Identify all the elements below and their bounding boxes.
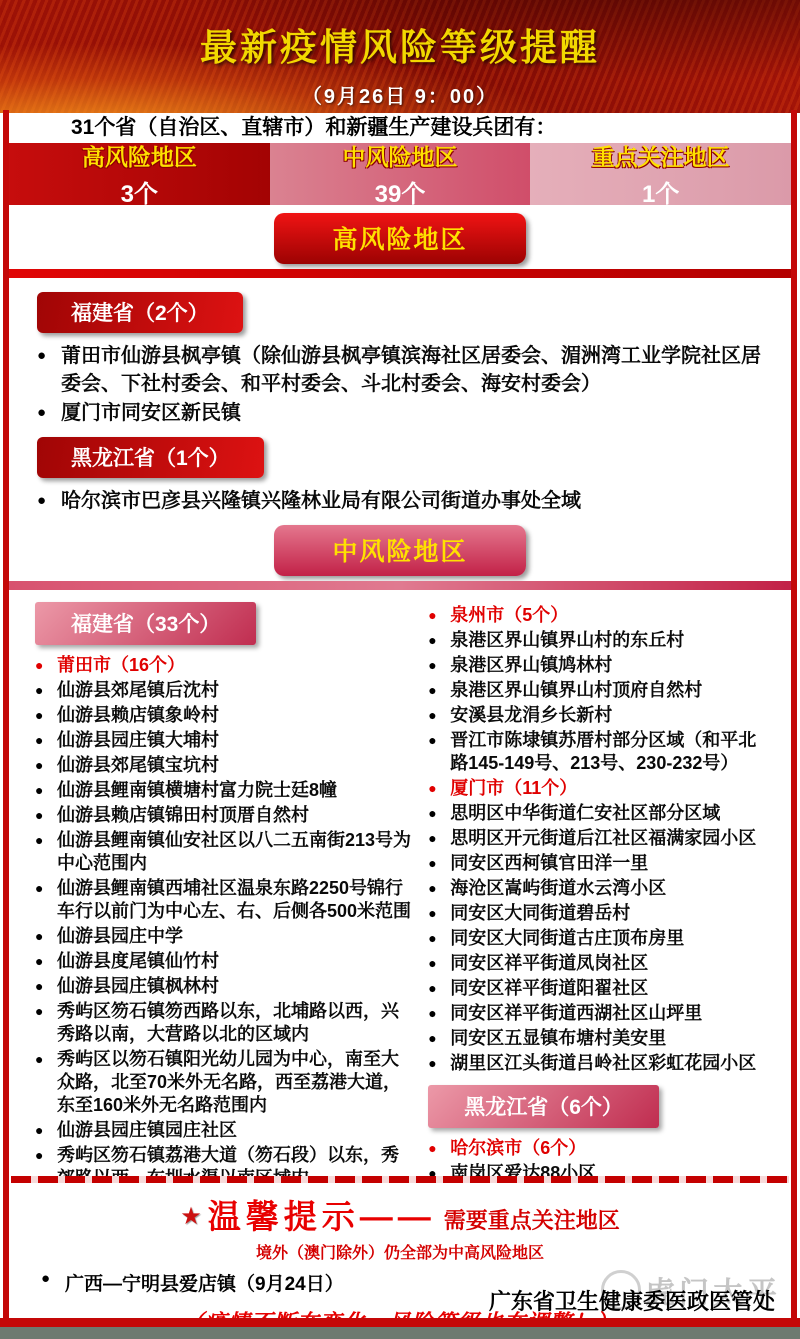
list-item-text: 仙游县郊尾镇后沈村 xyxy=(57,680,219,700)
list-item: ●仙游县园庄镇枫林村 xyxy=(35,975,412,998)
list-item: ●同安区祥平街道西湖社区山坪里 xyxy=(428,1002,765,1025)
list-item: ●仙游县赖店镇锦田村顶厝自然村 xyxy=(35,804,412,827)
bullet-icon: ● xyxy=(35,654,43,677)
high-risk-body: 福建省（2个） ●莆田市仙游县枫亭镇（除仙游县枫亭镇滨海社区居委会、湄洲湾工业学… xyxy=(9,278,791,515)
bullet-icon: ● xyxy=(35,1048,43,1071)
list-item: ●泉港区界山镇界山村的东丘村 xyxy=(428,629,765,652)
list-item-text: 南岗区爱达88小区 xyxy=(450,1163,596,1176)
list-item: ●仙游县园庄中学 xyxy=(35,925,412,948)
list-item: ●秀屿区笏石镇笏西路以东，北埔路以西，兴秀路以南，大营路以北的区域内 xyxy=(35,1000,412,1046)
list-item-text: 仙游县鲤南镇西埔社区温泉东路2250号锦行车行以前门为中心左、右、后侧各500米… xyxy=(57,878,411,921)
medium-risk-columns: 福建省（33个） ●莆田市（16个）●仙游县郊尾镇后沈村●仙游县赖店镇象岭村●仙… xyxy=(9,590,791,1176)
list-item: ●仙游县鲤南镇西埔社区温泉东路2250号锦行车行以前门为中心左、右、后侧各500… xyxy=(35,877,412,923)
list-item: ●海沧区嵩屿街道水云湾小区 xyxy=(428,877,765,900)
list-item-text: 厦门市（11个） xyxy=(450,778,577,798)
list-item-text: 同安区五显镇布塘村美安里 xyxy=(450,1028,666,1048)
list-item: ●湖里区江头街道吕岭社区彩虹花园小区 xyxy=(428,1052,765,1075)
medium-risk-list-fujian-right: ●泉州市（5个）●泉港区界山镇界山村的东丘村●泉港区界山镇鸠林村●泉港区界山镇界… xyxy=(428,604,765,1075)
list-item-text: 仙游县园庄镇园庄社区 xyxy=(57,1120,237,1140)
bullet-icon: ● xyxy=(428,654,436,677)
list-item: ●泉港区界山镇界山村顶府自然村 xyxy=(428,679,765,702)
high-risk-section-title: 高风险地区 xyxy=(274,213,526,264)
bullet-icon: ● xyxy=(35,729,43,752)
list-item: ●同安区五显镇布塘村美安里 xyxy=(428,1027,765,1050)
list-item: ●晋江市陈埭镇苏厝村部分区域（和平北路145-149号、213号、230-232… xyxy=(428,729,765,775)
list-item-text: 仙游县郊尾镇宝坑村 xyxy=(57,755,219,775)
report-datetime: （9月26日 9：00） xyxy=(0,80,800,109)
list-item: ●泉州市（5个） xyxy=(428,604,765,627)
bullet-icon: ● xyxy=(428,927,436,950)
risk-stats-band: 高风险地区 3个 中风险地区 39个 重点关注地区 1个 xyxy=(9,143,791,205)
bullet-icon: ● xyxy=(428,777,436,800)
province-badge-heilongjiang-medium: 黑龙江省（6个） xyxy=(428,1085,659,1128)
list-item-text: 仙游县鲤南镇横塘村富力院士廷8幢 xyxy=(57,780,337,800)
list-item-text: 同安区西柯镇官田洋一里 xyxy=(450,853,648,873)
list-item-text: 仙游县园庄镇大埔村 xyxy=(57,730,219,750)
list-item: ●仙游县鲤南镇横塘村富力院士廷8幢 xyxy=(35,779,412,802)
list-item: ●仙游县郊尾镇后沈村 xyxy=(35,679,412,702)
list-item: ●安溪县龙涓乡长新村 xyxy=(428,704,765,727)
list-item: ●同安区大同街道古庄顶布房里 xyxy=(428,927,765,950)
bullet-icon: ● xyxy=(35,950,43,973)
list-item: ●同安区西柯镇官田洋一里 xyxy=(428,852,765,875)
bullet-icon: ● xyxy=(428,1052,436,1075)
list-item-text: 同安区祥平街道阳翟社区 xyxy=(450,978,648,998)
bullet-icon: ● xyxy=(428,1027,436,1050)
poster-page: 最新疫情风险等级提醒 （9月26日 9：00） 31个省（自治区、直辖市）和新疆… xyxy=(0,0,800,1339)
bottom-gray-strip xyxy=(0,1327,800,1339)
bullet-icon: ● xyxy=(35,1144,43,1167)
list-item-text: 莆田市（16个） xyxy=(57,655,185,675)
bullet-icon: ● xyxy=(428,802,436,825)
notice-overseas-line: 境外（澳门除外）仍全部为中高风险地区 xyxy=(9,1240,791,1263)
bullet-icon: ● xyxy=(41,1270,50,1287)
list-item: ●哈尔滨市巴彦县兴隆镇兴隆林业局有限公司街道办事处全域 xyxy=(37,487,763,515)
list-item: ●仙游县园庄镇大埔村 xyxy=(35,729,412,752)
list-item-text: 仙游县园庄镇枫林村 xyxy=(57,976,219,996)
bullet-icon: ● xyxy=(428,827,436,850)
list-item-text: 泉港区界山镇界山村的东丘村 xyxy=(450,630,684,650)
bullet-icon: ● xyxy=(37,342,46,370)
stat-medium-risk: 中风险地区 39个 xyxy=(270,143,531,205)
list-item: ●莆田市仙游县枫亭镇（除仙游县枫亭镇滨海社区居委会、湄洲湾工业学院社区居委会、下… xyxy=(37,342,763,398)
bullet-icon: ● xyxy=(428,679,436,702)
bullet-icon: ● xyxy=(428,902,436,925)
list-item-text: 秀屿区笏石镇笏西路以东，北埔路以西，兴秀路以南，大营路以北的区域内 xyxy=(57,1001,399,1044)
bullet-icon: ● xyxy=(35,1000,43,1023)
medium-risk-divider-bar xyxy=(9,581,791,590)
list-item: ●仙游县郊尾镇宝坑村 xyxy=(35,754,412,777)
high-risk-list-fujian: ●莆田市仙游县枫亭镇（除仙游县枫亭镇滨海社区居委会、湄洲湾工业学院社区居委会、下… xyxy=(37,342,763,427)
list-item-text: 晋江市陈埭镇苏厝村部分区域（和平北路145-149号、213号、230-232号… xyxy=(450,730,756,773)
list-item-text: 同安区祥平街道西湖社区山坪里 xyxy=(450,1003,702,1023)
province-badge-fujian-high: 福建省（2个） xyxy=(37,292,243,333)
stat-focus-area-label: 重点关注地区 xyxy=(592,139,730,172)
list-item-text: 秀屿区以笏石镇阳光幼儿园为中心，南至大众路，北至70米外无名路，西至荔港大道，东… xyxy=(57,1049,401,1115)
stat-high-risk-label: 高风险地区 xyxy=(82,139,197,172)
list-item-text: 哈尔滨市巴彦县兴隆镇兴隆林业局有限公司街道办事处全域 xyxy=(61,490,581,512)
list-item-text: 泉州市（5个） xyxy=(450,605,568,625)
bullet-icon: ● xyxy=(428,1002,436,1025)
list-item-text: 仙游县赖店镇象岭村 xyxy=(57,705,219,725)
bullet-icon: ● xyxy=(37,487,46,515)
stat-high-risk-count: 3个 xyxy=(121,174,158,209)
bullet-icon: ● xyxy=(428,952,436,975)
list-item: ●仙游县鲤南镇仙安社区以八二五南街213号为中心范围内 xyxy=(35,829,412,875)
issuer-signature: 广东省卫生健康委医政医管处 xyxy=(489,1285,775,1316)
list-item-text: 秀屿区笏石镇荔港大道（笏石段）以东，秀郊路以西，东圳水渠以南区域内 xyxy=(57,1145,399,1176)
list-item: ●哈尔滨市（6个） xyxy=(428,1137,765,1160)
list-item-text: 同安区大同街道碧岳村 xyxy=(450,903,630,923)
high-risk-list-heilongjiang: ●哈尔滨市巴彦县兴隆镇兴隆林业局有限公司街道办事处全域 xyxy=(37,487,763,515)
list-item-text: 安溪县龙涓乡长新村 xyxy=(450,705,612,725)
list-item-text: 仙游县鲤南镇仙安社区以八二五南街213号为中心范围内 xyxy=(57,830,411,873)
stat-medium-risk-count: 39个 xyxy=(375,174,426,209)
list-item: ●仙游县园庄镇园庄社区 xyxy=(35,1119,412,1142)
list-item-text: 湖里区江头街道吕岭社区彩虹花园小区 xyxy=(450,1053,756,1073)
high-risk-divider-bar xyxy=(9,269,791,278)
star-icon: ★ xyxy=(180,1203,202,1230)
list-item: ●秀屿区笏石镇荔港大道（笏石段）以东，秀郊路以西，东圳水渠以南区域内 xyxy=(35,1144,412,1176)
list-item-text: 仙游县度尾镇仙竹村 xyxy=(57,951,219,971)
list-item-text: 思明区开元街道后江社区福满家园小区 xyxy=(450,828,756,848)
list-item-text: 思明区中华街道仁安社区部分区域 xyxy=(450,803,720,823)
bullet-icon: ● xyxy=(35,1119,43,1142)
notice-headline: ★温馨提示——需要重点关注地区 xyxy=(9,1191,791,1238)
stat-medium-risk-label: 中风险地区 xyxy=(343,139,458,172)
footer-notice: ★温馨提示——需要重点关注地区 境外（澳门除外）仍全部为中高风险地区 ●广西—宁… xyxy=(9,1176,791,1318)
frame-right-border xyxy=(791,110,797,1327)
bullet-icon: ● xyxy=(35,754,43,777)
stat-focus-area-count: 1个 xyxy=(642,174,679,209)
list-item-text: 泉港区界山镇鸠林村 xyxy=(450,655,612,675)
list-item-text: 同安区祥平街道凤岗社区 xyxy=(450,953,648,973)
bullet-icon: ● xyxy=(35,804,43,827)
list-item-text: 厦门市同安区新民镇 xyxy=(61,402,241,424)
bullet-icon: ● xyxy=(428,977,436,1000)
medium-risk-list-fujian-left: ●莆田市（16个）●仙游县郊尾镇后沈村●仙游县赖店镇象岭村●仙游县园庄镇大埔村●… xyxy=(35,654,412,1176)
bottom-red-bar xyxy=(0,1318,800,1327)
focus-area-item-text: 广西—宁明县爱店镇（9月24日） xyxy=(65,1274,344,1295)
medium-risk-list-heilongjiang: ●哈尔滨市（6个）●南岗区爱达88小区●巴彦县兴隆镇浩鹏世纪花园小区●巴彦县兴隆… xyxy=(428,1137,765,1176)
dashed-divider xyxy=(11,1176,789,1183)
list-item-text: 莆田市仙游县枫亭镇（除仙游县枫亭镇滨海社区居委会、湄洲湾工业学院社区居委会、下社… xyxy=(61,345,761,395)
bullet-icon: ● xyxy=(35,704,43,727)
list-item: ●思明区中华街道仁安社区部分区域 xyxy=(428,802,765,825)
bullet-icon: ● xyxy=(428,629,436,652)
medium-risk-section-title: 中风险地区 xyxy=(274,525,526,576)
bullet-icon: ● xyxy=(35,679,43,702)
bullet-icon: ● xyxy=(428,704,436,727)
notice-subtitle: 需要重点关注地区 xyxy=(444,1208,620,1233)
list-item: ●仙游县度尾镇仙竹村 xyxy=(35,950,412,973)
bullet-icon: ● xyxy=(428,729,436,752)
list-item: ●同安区祥平街道凤岗社区 xyxy=(428,952,765,975)
list-item-text: 哈尔滨市（6个） xyxy=(450,1138,586,1158)
stat-focus-area: 重点关注地区 1个 xyxy=(530,143,791,205)
list-item: ●南岗区爱达88小区 xyxy=(428,1162,765,1176)
main-content: 高风险地区 福建省（2个） ●莆田市仙游县枫亭镇（除仙游县枫亭镇滨海社区居委会、… xyxy=(9,207,791,1176)
bullet-icon: ● xyxy=(37,399,46,427)
bullet-icon: ● xyxy=(428,877,436,900)
list-item-text: 仙游县园庄中学 xyxy=(57,926,183,946)
header-banner: 最新疫情风险等级提醒 （9月26日 9：00） xyxy=(0,0,800,113)
bullet-icon: ● xyxy=(35,975,43,998)
list-item-text: 同安区大同街道古庄顶布房里 xyxy=(450,928,684,948)
bullet-icon: ● xyxy=(428,1137,436,1160)
province-badge-heilongjiang-high: 黑龙江省（1个） xyxy=(37,437,264,478)
list-item: ●思明区开元街道后江社区福满家园小区 xyxy=(428,827,765,850)
stat-high-risk: 高风险地区 3个 xyxy=(9,143,270,205)
province-badge-fujian-medium: 福建省（33个） xyxy=(35,602,256,645)
bullet-icon: ● xyxy=(35,925,43,948)
list-item: ●秀屿区以笏石镇阳光幼儿园为中心，南至大众路，北至70米外无名路，西至荔港大道，… xyxy=(35,1048,412,1117)
notice-title: 温馨提示—— xyxy=(208,1198,436,1235)
bullet-icon: ● xyxy=(428,852,436,875)
list-item: ●同安区祥平街道阳翟社区 xyxy=(428,977,765,1000)
bullet-icon: ● xyxy=(35,829,43,852)
bullet-icon: ● xyxy=(35,877,43,900)
medium-risk-left-column: 福建省（33个） ●莆田市（16个）●仙游县郊尾镇后沈村●仙游县赖店镇象岭村●仙… xyxy=(35,602,412,1176)
list-item: ●莆田市（16个） xyxy=(35,654,412,677)
bullet-icon: ● xyxy=(35,779,43,802)
bullet-icon: ● xyxy=(428,1162,436,1176)
list-item-text: 海沧区嵩屿街道水云湾小区 xyxy=(450,878,666,898)
list-item-text: 泉港区界山镇界山村顶府自然村 xyxy=(450,680,702,700)
medium-risk-right-column: ●泉州市（5个）●泉港区界山镇界山村的东丘村●泉港区界山镇鸠林村●泉港区界山镇界… xyxy=(428,602,765,1176)
list-item: ●仙游县赖店镇象岭村 xyxy=(35,704,412,727)
list-item: ●厦门市（11个） xyxy=(428,777,765,800)
list-item: ●厦门市同安区新民镇 xyxy=(37,399,763,427)
list-item: ●泉港区界山镇鸠林村 xyxy=(428,654,765,677)
list-item: ●同安区大同街道碧岳村 xyxy=(428,902,765,925)
bullet-icon: ● xyxy=(428,604,436,627)
page-title: 最新疫情风险等级提醒 xyxy=(0,17,800,71)
list-item-text: 仙游县赖店镇锦田村顶厝自然村 xyxy=(57,805,309,825)
